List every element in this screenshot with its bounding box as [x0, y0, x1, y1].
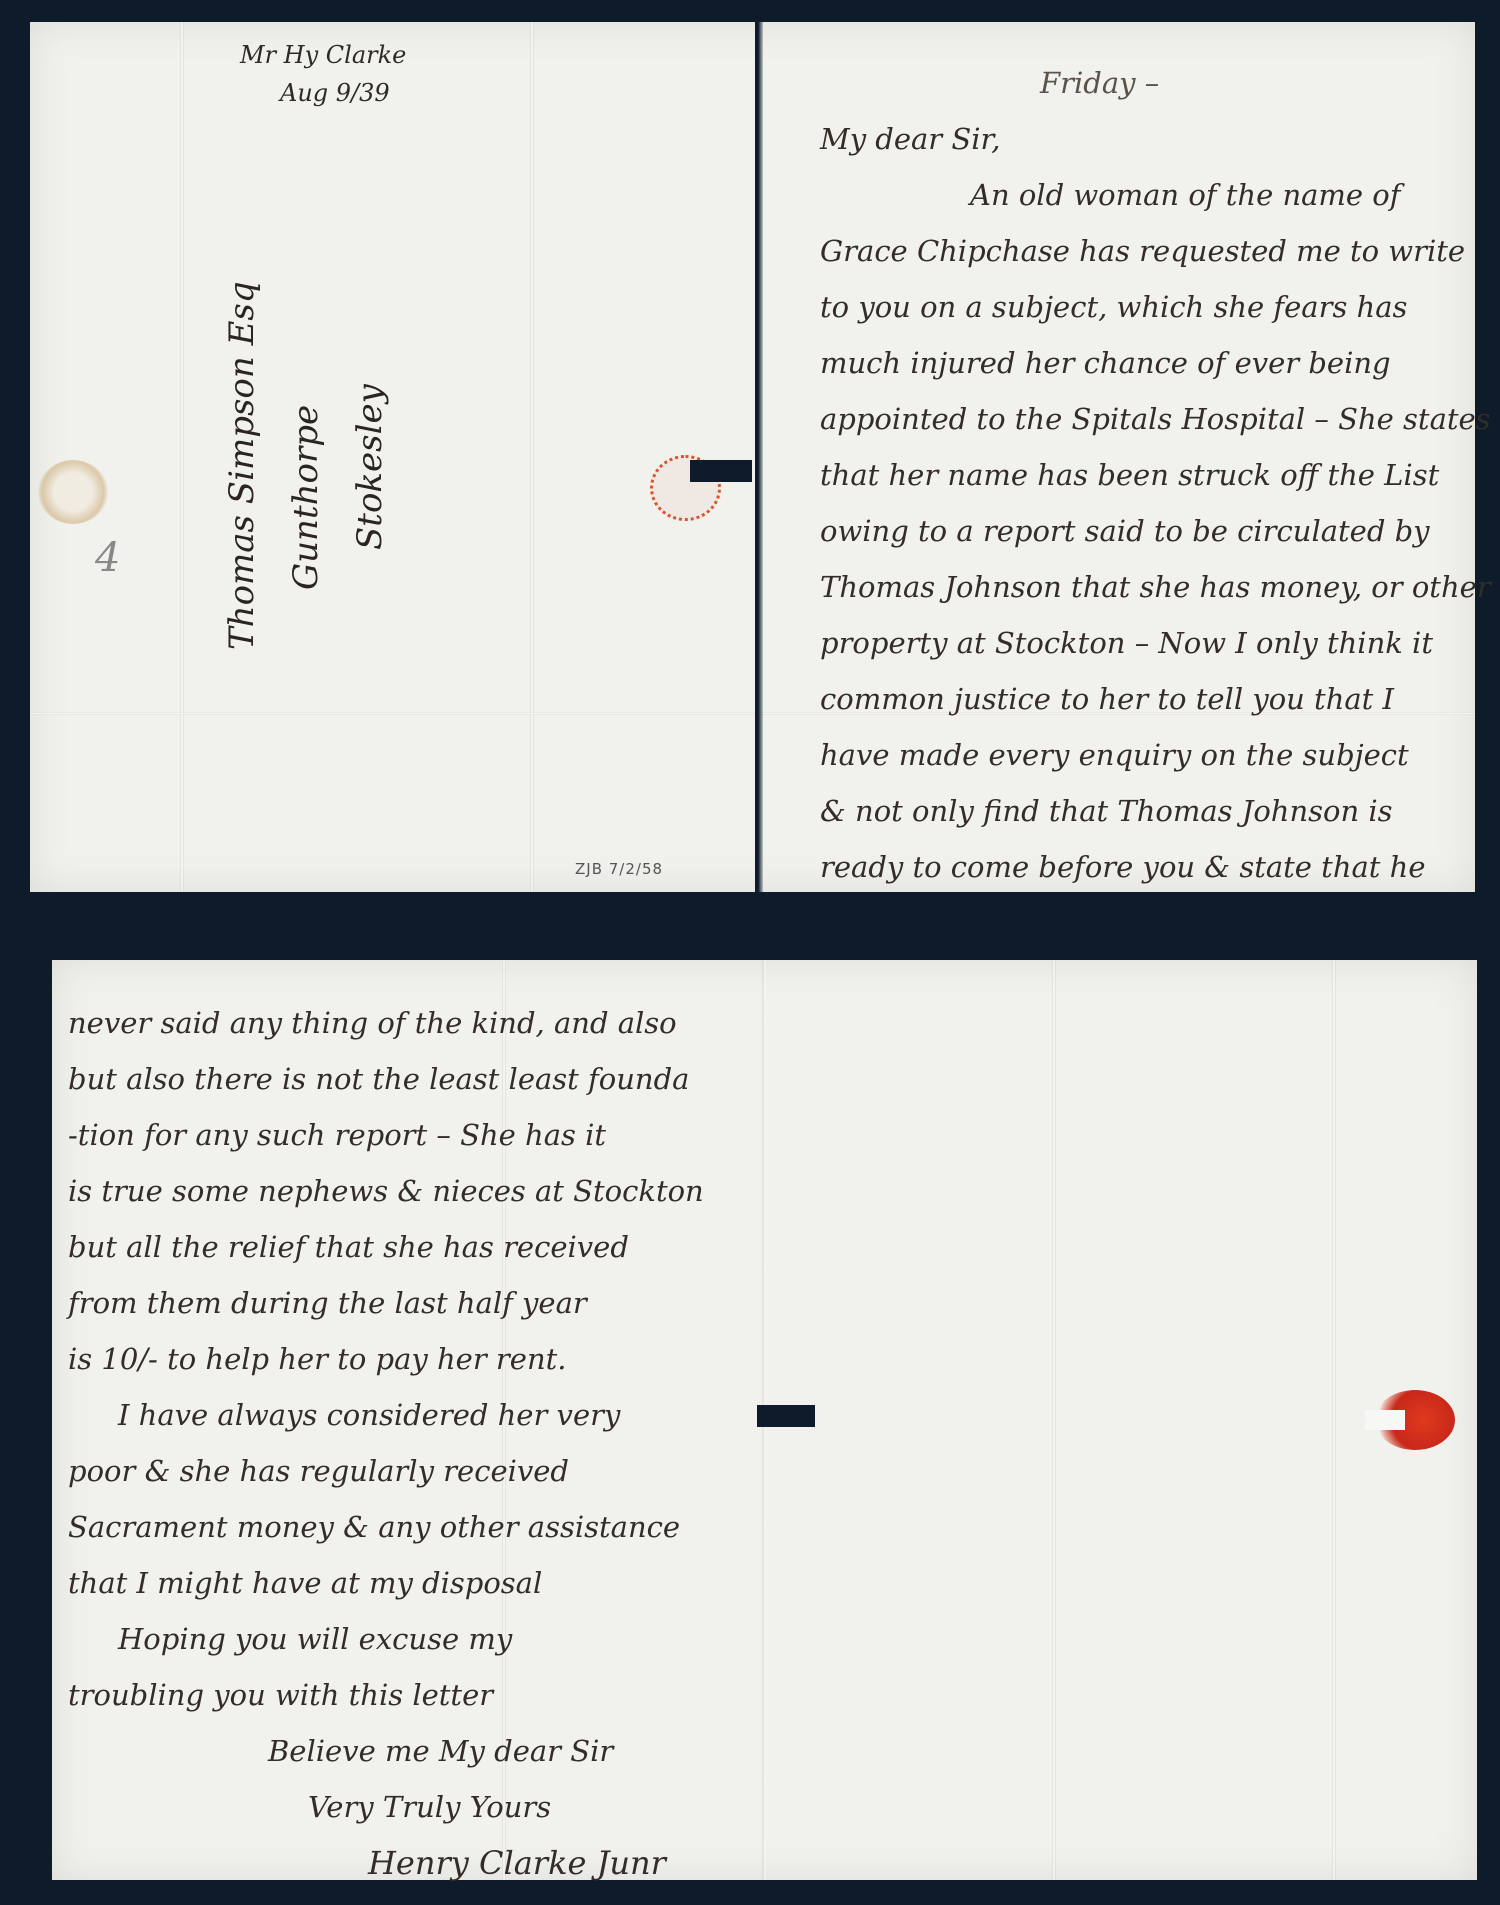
- letter-line: Sacrament money & any other assistance: [68, 1499, 704, 1555]
- letter-line: common justice to her to tell you that I: [820, 671, 1491, 727]
- letter-line: ready to come before you & state that he: [820, 839, 1491, 895]
- letter-line: to you on a subject, which she fears has: [820, 279, 1491, 335]
- fold-line: [180, 22, 184, 892]
- letter-line: from them during the last half year: [68, 1275, 704, 1331]
- letter-page-2: never said any thing of the kind, and al…: [68, 995, 704, 1891]
- letter-line: owing to a report said to be circulated …: [820, 503, 1491, 559]
- address-town: Stokesley: [338, 281, 402, 650]
- letter-line: Thomas Johnson that she has money, or ot…: [820, 559, 1491, 615]
- closing-line: troubling you with this letter: [68, 1667, 704, 1723]
- letter-line: that her name has been struck off the Li…: [820, 447, 1491, 503]
- letter-salutation: My dear Sir,: [820, 111, 1491, 167]
- letter-page-1: Friday – My dear Sir, An old woman of th…: [820, 55, 1491, 895]
- letter-line: have made every enquiry on the subject: [820, 727, 1491, 783]
- letter-line: appointed to the Spitals Hospital – She …: [820, 391, 1491, 447]
- fold-line: [1052, 960, 1056, 1880]
- docket-sender: Mr Hy Clarke: [240, 36, 406, 74]
- paper-tear: [1365, 1410, 1405, 1430]
- fold-line: [1332, 960, 1336, 1880]
- letter-line: -tion for any such report – She has it: [68, 1107, 704, 1163]
- pencil-mark: 4: [95, 535, 120, 581]
- letter-line: but also there is not the least least fo…: [68, 1051, 704, 1107]
- letter-line: property at Stockton – Now I only think …: [820, 615, 1491, 671]
- letter-line: is 10/- to help her to pay her rent.: [68, 1331, 704, 1387]
- archive-reference-number: ZJB 7/2/58: [575, 860, 663, 878]
- signature: Henry Clarke Junr: [68, 1835, 704, 1891]
- letter-line: much injured her chance of ever being: [820, 335, 1491, 391]
- letter-line: but all the relief that she has received: [68, 1219, 704, 1275]
- docket-date: Aug 9/39: [240, 74, 406, 112]
- closing-line: Believe me My dear Sir: [68, 1723, 704, 1779]
- fold-line: [530, 22, 534, 892]
- letter-line: I have always considered her very: [68, 1387, 704, 1443]
- address-block: Thomas Simpson Esq Gunthorpe Stokesley: [210, 281, 402, 650]
- address-recipient: Thomas Simpson Esq: [210, 281, 274, 650]
- mounting-tab: [690, 460, 752, 482]
- letter-line: & not only find that Thomas Johnson is: [820, 783, 1491, 839]
- letter-line: that I might have at my disposal: [68, 1555, 704, 1611]
- letter-line: never said any thing of the kind, and al…: [68, 995, 704, 1051]
- address-place: Gunthorpe: [274, 281, 338, 650]
- closing-line: Very Truly Yours: [68, 1779, 704, 1835]
- postmark-icon: [38, 460, 108, 524]
- letter-line: poor & she has regularly received: [68, 1443, 704, 1499]
- page-divider: [755, 22, 763, 892]
- closing-line: Hoping you will excuse my: [68, 1611, 704, 1667]
- letter-line: Grace Chipchase has requested me to writ…: [820, 223, 1491, 279]
- letter-line: is true some nephews & nieces at Stockto…: [68, 1163, 704, 1219]
- letter-line: An old woman of the name of: [820, 167, 1491, 223]
- letter-dateline: Friday –: [820, 55, 1491, 111]
- docket-note: Mr Hy Clarke Aug 9/39: [240, 36, 406, 112]
- mounting-tab: [757, 1405, 815, 1427]
